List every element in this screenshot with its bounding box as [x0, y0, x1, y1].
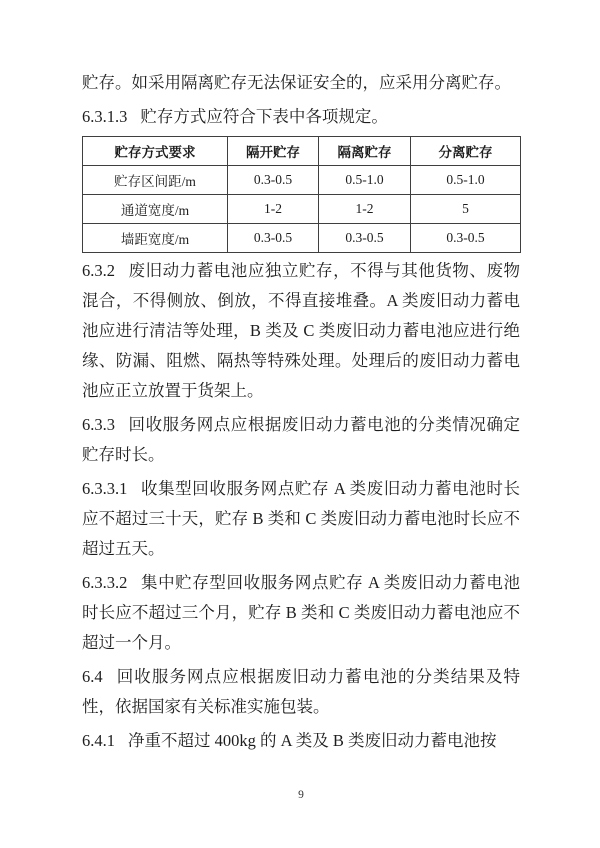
paragraph-6-3-3-1: 6.3.3.1收集型回收服务网点贮存 A 类废旧动力蓄电池时长应不超过三十天，贮…	[82, 474, 520, 564]
paragraph-6-3-2: 6.3.2废旧动力蓄电池应独立贮存，不得与其他货物、废物混合，不得侧放、倒放，不…	[82, 256, 520, 406]
storage-method-table: 贮存方式要求 隔开贮存 隔离贮存 分离贮存 贮存区间距/m 0.3-0.5 0.…	[82, 136, 521, 253]
table-cell: 0.3-0.5	[228, 166, 319, 195]
table-cell: 通道宽度/m	[83, 195, 228, 224]
section-text: 回收服务网点应根据废旧动力蓄电池的分类结果及特性，依据国家有关标准实施包装。	[82, 667, 520, 716]
table-header-cell: 贮存方式要求	[83, 137, 228, 166]
paragraph-6-3-1-3: 6.3.1.3贮存方式应符合下表中各项规定。	[82, 102, 520, 132]
table-cell: 0.3-0.5	[319, 224, 411, 253]
table-header-row: 贮存方式要求 隔开贮存 隔离贮存 分离贮存	[83, 137, 521, 166]
table-cell: 5	[411, 195, 521, 224]
paragraph-6-3-3-2: 6.3.3.2集中贮存型回收服务网点贮存 A 类废旧动力蓄电池时长应不超过三个月…	[82, 568, 520, 658]
section-number: 6.3.3.2	[82, 573, 127, 592]
table-cell: 0.3-0.5	[411, 224, 521, 253]
section-number: 6.3.3	[82, 415, 115, 434]
section-number: 6.4	[82, 667, 103, 686]
table-cell: 墙距宽度/m	[83, 224, 228, 253]
section-text: 废旧动力蓄电池应独立贮存，不得与其他货物、废物混合，不得侧放、倒放，不得直接堆叠…	[82, 261, 520, 400]
table-cell: 0.5-1.0	[411, 166, 521, 195]
table-header-cell: 隔离贮存	[319, 137, 411, 166]
table-cell: 1-2	[228, 195, 319, 224]
section-text: 收集型回收服务网点贮存 A 类废旧动力蓄电池时长应不超过三十天，贮存 B 类和 …	[82, 479, 520, 558]
table-cell: 贮存区间距/m	[83, 166, 228, 195]
paragraph-6-4-1: 6.4.1净重不超过 400kg 的 A 类及 B 类废旧动力蓄电池按	[82, 726, 520, 756]
page-number: 9	[82, 788, 520, 803]
section-number: 6.3.3.1	[82, 479, 127, 498]
paragraph-6-4: 6.4回收服务网点应根据废旧动力蓄电池的分类结果及特性，依据国家有关标准实施包装…	[82, 662, 520, 722]
section-text: 集中贮存型回收服务网点贮存 A 类废旧动力蓄电池时长应不超过三个月，贮存 B 类…	[82, 573, 520, 652]
table-cell: 0.3-0.5	[228, 224, 319, 253]
table-header-cell: 分离贮存	[411, 137, 521, 166]
section-text: 回收服务网点应根据废旧动力蓄电池的分类情况确定贮存时长。	[82, 415, 520, 464]
section-number: 6.3.1.3	[82, 107, 127, 126]
section-number: 6.4.1	[82, 731, 115, 750]
table-row: 通道宽度/m 1-2 1-2 5	[83, 195, 521, 224]
table-row: 贮存区间距/m 0.3-0.5 0.5-1.0 0.5-1.0	[83, 166, 521, 195]
section-text: 净重不超过 400kg 的 A 类及 B 类废旧动力蓄电池按	[128, 731, 497, 750]
table-cell: 1-2	[319, 195, 411, 224]
paragraph-6-3-3: 6.3.3回收服务网点应根据废旧动力蓄电池的分类情况确定贮存时长。	[82, 410, 520, 470]
paragraph-continuation: 贮存。如采用隔离贮存无法保证安全的，应采用分离贮存。	[82, 68, 520, 98]
table-header-cell: 隔开贮存	[228, 137, 319, 166]
document-page: 贮存。如采用隔离贮存无法保证安全的，应采用分离贮存。 6.3.1.3贮存方式应符…	[0, 0, 600, 803]
section-text: 贮存方式应符合下表中各项规定。	[140, 107, 388, 126]
table-cell: 0.5-1.0	[319, 166, 411, 195]
table-row: 墙距宽度/m 0.3-0.5 0.3-0.5 0.3-0.5	[83, 224, 521, 253]
section-number: 6.3.2	[82, 261, 115, 280]
